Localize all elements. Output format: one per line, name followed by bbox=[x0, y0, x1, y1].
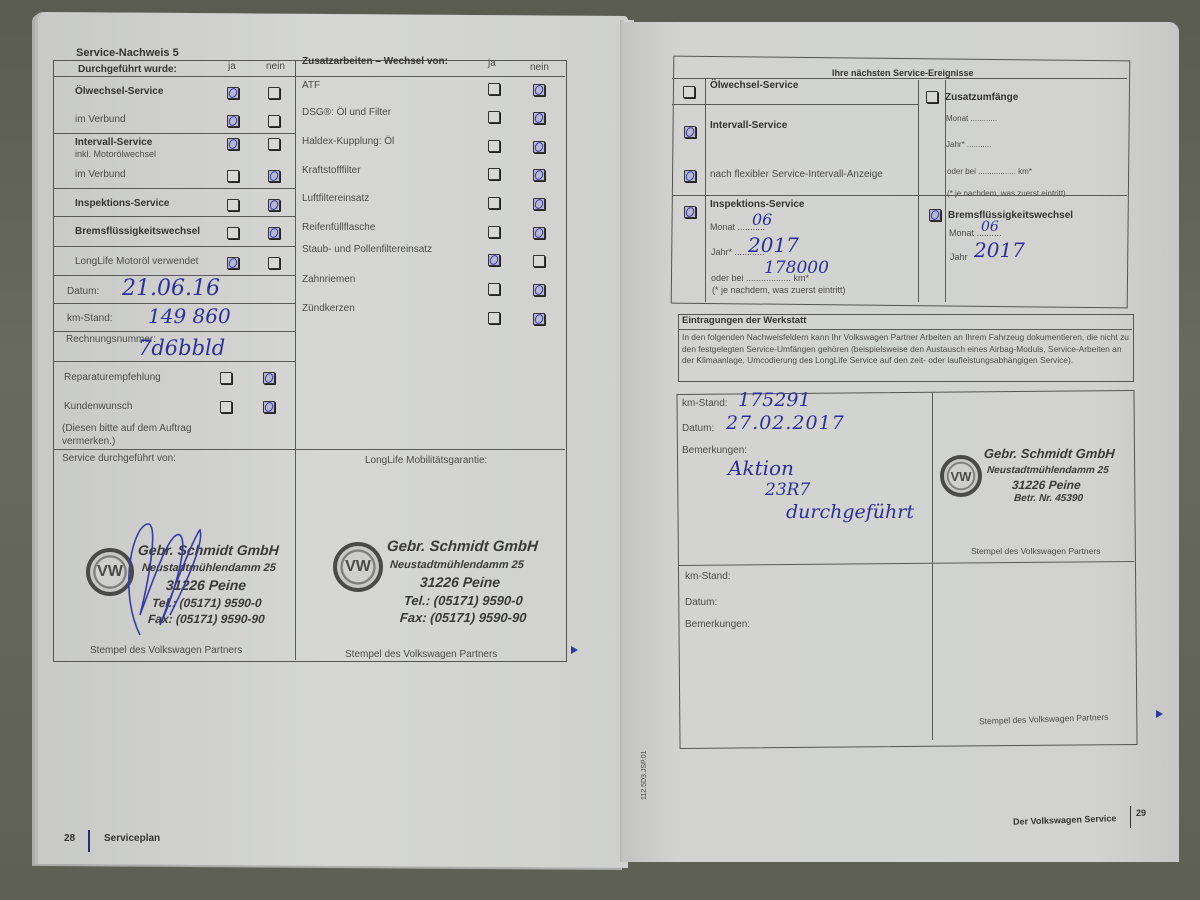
stamp-company: Gebr. Schmidt GmbH bbox=[983, 446, 1115, 461]
customer-label: Kundenwunsch bbox=[64, 401, 132, 412]
stamp-tel: Tel.: (05171) 9590-0 bbox=[403, 593, 523, 608]
extra-no-checkbox[interactable] bbox=[533, 284, 545, 296]
extra-no-checkbox[interactable] bbox=[533, 169, 545, 181]
extra-yes-checkbox[interactable] bbox=[488, 111, 500, 123]
brake-year-label: Jahr bbox=[950, 252, 968, 262]
stamp-caption-mid: Stempel des Volkswagen Partners bbox=[345, 649, 497, 660]
col-divider bbox=[705, 78, 706, 302]
entry1-remark-line-3[interactable]: durchgeführt bbox=[786, 501, 914, 523]
extra-yes-checkbox[interactable] bbox=[488, 168, 500, 180]
invoice-value[interactable]: 7d6bbld bbox=[138, 336, 225, 360]
entry1-remark-line-1[interactable]: Aktion bbox=[728, 456, 794, 480]
brake-fluid-checkbox[interactable] bbox=[929, 209, 941, 221]
stamp-betr: Betr. Nr. 45390 bbox=[1014, 493, 1084, 504]
extra-label: Haldex-Kupplung: Öl bbox=[302, 136, 394, 147]
row-divider bbox=[672, 78, 1127, 79]
entry1-remark-line-2[interactable]: 23R7 bbox=[765, 480, 810, 500]
performed-header: Durchgeführt wurde: bbox=[78, 64, 177, 75]
footer-page-number-right: 29 bbox=[1136, 808, 1146, 818]
print-code: 112.5D3.JSP.01 bbox=[641, 750, 648, 800]
row-divider bbox=[53, 246, 295, 247]
extras-col-no: nein bbox=[530, 62, 549, 73]
inspection-checkbox[interactable] bbox=[684, 206, 696, 218]
entry1-km-label: km-Stand: bbox=[682, 398, 728, 409]
entry1-remarks-label: Bemerkungen: bbox=[682, 445, 747, 456]
entry1-date-label: Datum: bbox=[682, 423, 714, 434]
col-divider bbox=[932, 392, 933, 740]
extra-no-checkbox[interactable] bbox=[533, 227, 545, 239]
entry2-date-label: Datum: bbox=[685, 597, 717, 608]
extra-yes-checkbox[interactable] bbox=[488, 283, 500, 295]
col-divider bbox=[918, 80, 919, 302]
customer-note: (Diesen bitte auf dem Auftrag vermerken.… bbox=[62, 422, 222, 448]
inspection-month-value[interactable]: 06 bbox=[752, 210, 772, 229]
continue-arrow-icon bbox=[1156, 710, 1163, 718]
date-label: Datum: bbox=[67, 286, 99, 297]
extra-yes-checkbox[interactable] bbox=[488, 312, 500, 324]
extra-label: Staub- und Pollenfiltereinsatz bbox=[302, 244, 432, 255]
entry2-remarks-label: Bemerkungen: bbox=[685, 619, 750, 630]
vw-logo-icon: VW bbox=[333, 542, 383, 592]
inspection-note: (* je nachdem, was zuerst eintritt) bbox=[712, 285, 846, 295]
entry1-date-value[interactable]: 27.02.2017 bbox=[726, 412, 845, 434]
interval-service-checkbox[interactable] bbox=[684, 126, 696, 138]
service-label: Intervall-Service bbox=[75, 137, 152, 148]
row-divider bbox=[53, 331, 295, 332]
extra-yes-checkbox[interactable] bbox=[488, 83, 500, 95]
service-label: Bremsflüssigkeitswechsel bbox=[75, 226, 200, 237]
column-divider bbox=[295, 60, 296, 660]
extra-no-checkbox[interactable] bbox=[533, 112, 545, 124]
extra-label: Kraftstofffilter bbox=[302, 165, 361, 176]
repair-yes-checkbox[interactable] bbox=[220, 372, 232, 384]
oil-service-label: Ölwechsel-Service bbox=[710, 80, 798, 91]
entry1-km-value[interactable]: 175291 bbox=[738, 389, 811, 411]
service-label: Inspektions-Service bbox=[75, 198, 169, 209]
col-no-label: nein bbox=[266, 61, 285, 72]
additional-year-label: Jahr* ........... bbox=[946, 140, 991, 149]
extra-label: Zahnriemen bbox=[302, 274, 355, 285]
service-yes-checkbox[interactable] bbox=[227, 138, 239, 150]
events-header: Ihre nächsten Service-Ereignisse bbox=[832, 68, 974, 78]
workshop-header: Eintragungen der Werkstatt bbox=[682, 315, 806, 326]
extra-no-checkbox[interactable] bbox=[533, 198, 545, 210]
additional-month-label: Monat ............ bbox=[946, 114, 997, 123]
additional-km-label: oder bei ................. km* bbox=[947, 167, 1032, 176]
brake-fluid-label: Bremsflüssigkeitswechsel bbox=[948, 210, 1073, 221]
service-label: LongLife Motoröl verwendet bbox=[75, 256, 198, 267]
repair-label: Reparaturempfehlung bbox=[64, 372, 161, 383]
service-no-checkbox[interactable] bbox=[268, 87, 280, 99]
brake-month-value[interactable]: 06 bbox=[981, 219, 999, 235]
form-title: Service-Nachweis 5 bbox=[76, 47, 179, 59]
workshop-text: In den folgenden Nachweisfeldern kann Ih… bbox=[682, 332, 1130, 367]
extra-label: Zündkerzen bbox=[302, 303, 355, 314]
service-yes-checkbox[interactable] bbox=[227, 170, 239, 182]
service-yes-checkbox[interactable] bbox=[227, 199, 239, 211]
service-yes-checkbox[interactable] bbox=[227, 115, 239, 127]
footer-title: Serviceplan bbox=[104, 833, 160, 844]
inspection-km-value[interactable]: 178000 bbox=[764, 258, 829, 278]
stamp-city: 31226 Peine bbox=[1012, 478, 1082, 492]
service-yes-checkbox[interactable] bbox=[227, 227, 239, 239]
interval-service-label: Intervall-Service bbox=[710, 120, 787, 131]
service-no-checkbox[interactable] bbox=[268, 170, 280, 182]
inspection-year-value[interactable]: 2017 bbox=[748, 233, 799, 257]
customer-yes-checkbox[interactable] bbox=[220, 401, 232, 413]
stamp-caption-left: Stempel des Volkswagen Partners bbox=[90, 645, 242, 656]
row-divider bbox=[53, 449, 565, 450]
extra-label: DSG®: Öl und Filter bbox=[302, 107, 391, 118]
mobility-label: LongLife Mobilitätsgarantie: bbox=[365, 455, 487, 466]
vw-logo-icon: VW bbox=[940, 455, 982, 497]
extra-yes-checkbox[interactable] bbox=[488, 197, 500, 209]
row-divider bbox=[672, 104, 918, 105]
extra-yes-checkbox[interactable] bbox=[488, 254, 500, 266]
stamp-street: Neustadtmühlendamm 25 bbox=[987, 465, 1109, 476]
entries-frame bbox=[676, 390, 1137, 749]
repair-no-checkbox[interactable] bbox=[263, 372, 275, 384]
col-yes-label: ja bbox=[228, 61, 236, 72]
service-no-checkbox[interactable] bbox=[268, 115, 280, 127]
oil-service-checkbox[interactable] bbox=[683, 86, 695, 98]
row-divider bbox=[678, 329, 1132, 330]
extras-col-yes: ja bbox=[488, 58, 496, 69]
service-label: Ölwechsel-Service bbox=[75, 86, 163, 97]
date-value[interactable]: 21.06.16 bbox=[122, 276, 220, 301]
service-no-checkbox[interactable] bbox=[268, 138, 280, 150]
footer-rule bbox=[88, 830, 90, 852]
continue-arrow-icon bbox=[571, 646, 578, 654]
additional-scope-label: Zusatzumfänge bbox=[945, 92, 1018, 103]
flexible-interval-label: nach flexibler Service-Intervall-Anzeige bbox=[710, 169, 883, 180]
service-label: im Verbund bbox=[75, 169, 126, 180]
customer-no-checkbox[interactable] bbox=[263, 401, 275, 413]
extras-header: Zusatzarbeiten – Wechsel von: bbox=[302, 56, 448, 67]
stamp-fax: Fax: (05171) 9590-90 bbox=[399, 610, 527, 625]
row-divider bbox=[53, 133, 295, 134]
flexible-interval-checkbox[interactable] bbox=[684, 170, 696, 182]
service-yes-checkbox[interactable] bbox=[227, 87, 239, 99]
extra-label: Reifenfüllflasche bbox=[302, 222, 375, 233]
extra-no-checkbox[interactable] bbox=[533, 141, 545, 153]
header-divider bbox=[53, 76, 565, 77]
extra-label: Luftfiltereinsatz bbox=[302, 193, 369, 204]
brake-year-value[interactable]: 2017 bbox=[974, 238, 1025, 262]
extra-label: ATF bbox=[302, 80, 320, 91]
km-label: km-Stand: bbox=[67, 313, 113, 324]
additional-scope-checkbox[interactable] bbox=[926, 91, 938, 103]
service-sublabel: inkl. Motorölwechsel bbox=[75, 149, 156, 159]
stamp-street: Neustadtmühlendamm 25 bbox=[390, 559, 525, 571]
row-divider bbox=[53, 216, 295, 217]
row-divider bbox=[53, 361, 295, 362]
extra-yes-checkbox[interactable] bbox=[488, 226, 500, 238]
extra-yes-checkbox[interactable] bbox=[488, 140, 500, 152]
service-no-checkbox[interactable] bbox=[268, 257, 280, 269]
extra-no-checkbox[interactable] bbox=[533, 84, 545, 96]
footer-rule bbox=[1130, 806, 1131, 828]
signature-scribble bbox=[100, 515, 220, 645]
footer-page-number: 28 bbox=[64, 833, 75, 844]
service-no-checkbox[interactable] bbox=[268, 199, 280, 211]
inspection-label: Inspektions-Service bbox=[710, 199, 804, 210]
row-divider bbox=[53, 188, 295, 189]
km-value[interactable]: 149 860 bbox=[148, 304, 231, 328]
entry2-km-label: km-Stand: bbox=[685, 571, 731, 582]
stamp-company: Gebr. Schmidt GmbH bbox=[386, 538, 538, 555]
service-yes-checkbox[interactable] bbox=[227, 257, 239, 269]
additional-note: (* je nachdem, was zuerst eintritt) bbox=[947, 189, 1066, 198]
stamp-caption-entry1: Stempel des Volkswagen Partners bbox=[971, 546, 1100, 556]
service-label: im Verbund bbox=[75, 114, 126, 125]
performed-by-label: Service durchgeführt von: bbox=[62, 453, 176, 464]
extra-no-checkbox[interactable] bbox=[533, 313, 545, 325]
service-no-checkbox[interactable] bbox=[268, 227, 280, 239]
events-frame bbox=[671, 56, 1131, 309]
extra-no-checkbox[interactable] bbox=[533, 255, 545, 267]
stamp-city: 31226 Peine bbox=[419, 574, 500, 590]
